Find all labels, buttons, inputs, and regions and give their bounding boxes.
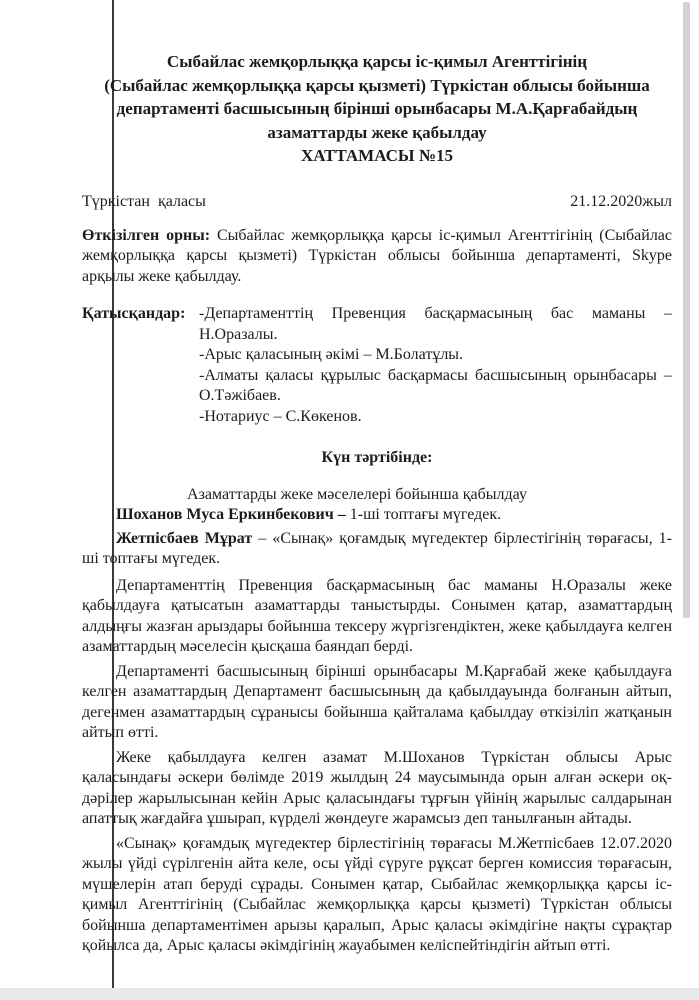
venue-label: Өткізілген орны: [82,227,210,244]
body-paragraph-4: «Сынақ» қоғамдық мүгедектер бірлестігіні… [82,834,672,957]
title-line-2: (Сыбайлас жемқорлыққа қарсы қызметі) Түр… [82,74,672,98]
person-name: Жетпісбаев Мұрат [116,530,252,547]
participant-item: -Нотариус – С.Көкенов. [199,407,672,428]
place-date-row: Түркістан қаласы 21.12.2020жыл [82,192,672,212]
participants-label: Қатысқандар: [82,304,199,427]
person-desc: 1-ші топтағы мүгедек. [346,506,501,523]
bottom-toolbar-strip [0,988,699,1000]
participant-item: -Арыс қаласының әкімі – М.Болатұлы. [199,345,672,366]
document-content: Сыбайлас жемқорлыққа қарсы іс-қимыл Аген… [82,50,672,957]
agenda-heading: Күн тәртібінде: [82,448,672,468]
city-label: Түркістан қаласы [82,192,206,212]
vertical-scrollbar[interactable] [683,2,690,618]
participants-list: -Департаменттің Превенция басқармасының … [199,304,672,427]
title-line-1: Сыбайлас жемқорлыққа қарсы іс-қимыл Аген… [82,50,672,74]
agenda-subject: Азаматтарды жеке мәселелері бойынша қабы… [82,485,672,505]
document-date: 21.12.2020жыл [570,192,672,212]
title-line-4: азаматтарды жеке қабылдау [82,121,672,145]
body-paragraph-3: Жеке қабылдауға келген азамат М.Шоханов … [82,748,672,830]
agenda-person-1: Шоханов Муса Еркинбекович – 1-ші топтағы… [82,505,672,526]
document-title: Сыбайлас жемқорлыққа қарсы іс-қимыл Аген… [82,50,672,168]
participant-item: -Алматы қаласы құрылыс басқармасы басшыс… [199,366,672,407]
venue-paragraph: Өткізілген орны: Сыбайлас жемқорлыққа қа… [82,226,672,288]
agenda-person-2: Жетпісбаев Мұрат – «Сынақ» қоғамдық мүге… [82,529,672,570]
body-paragraph-2: Департаменті басшысының бірінші орынбаса… [82,662,672,744]
document-page: Сыбайлас жемқорлыққа қарсы іс-қимыл Аген… [0,0,699,1000]
person-name: Шоханов Муса Еркинбекович – [116,506,346,523]
body-paragraph-1: Департаменттің Превенция басқармасының б… [82,576,672,658]
title-line-3: департаменті басшысының бірінші орынбаса… [82,97,672,121]
participants-section: Қатысқандар: -Департаменттің Превенция б… [82,304,672,427]
participant-item: -Департаменттің Превенция басқармасының … [199,304,672,345]
protocol-number: ХАТТАМАСЫ №15 [82,144,672,168]
